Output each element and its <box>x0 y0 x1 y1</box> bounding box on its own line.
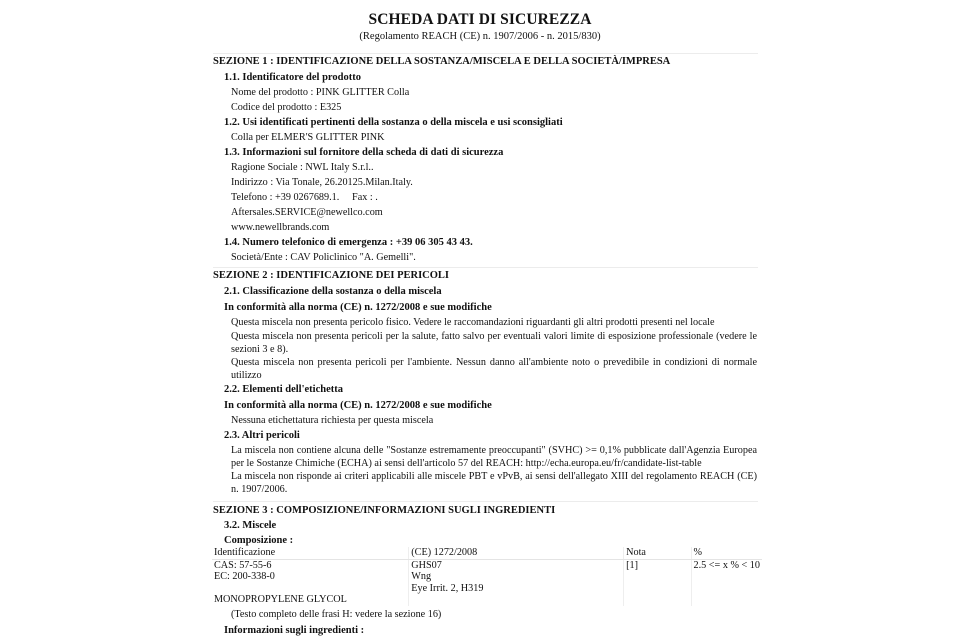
label-elements-text: Nessuna etichettatura richiesta per ques… <box>231 415 433 426</box>
subsection-3-2-title: 3.2. Miscele <box>224 520 276 531</box>
norm-heading: In conformità alla norma (CE) n. 1272/20… <box>224 400 492 411</box>
column-header: (CE) 1272/2008 <box>409 547 624 559</box>
hazard-health-text: Questa miscela non presenta pericoli per… <box>231 331 757 356</box>
company-email: Aftersales.SERVICE@newellco.com <box>231 207 383 218</box>
composition-table: Identificazione (CE) 1272/2008 Nota % CA… <box>212 547 762 606</box>
ghs-code: GHS07 <box>411 560 621 572</box>
product-name: Nome del prodotto : PINK GLITTER Colla <box>231 87 409 98</box>
cas-number: CAS: 57-55-6 <box>214 560 406 572</box>
document-title: SCHEDA DATI DI SICUREZZA <box>0 11 960 29</box>
hazard-environment-text: Questa miscela non presenta pericoli per… <box>231 357 757 382</box>
pbt-text: La miscela non risponde ai criteri appli… <box>231 471 757 496</box>
svhc-text: La miscela non contiene alcuna delle "So… <box>231 445 757 470</box>
company-address: Indirizzo : Via Tonale, 26.20125.Milan.I… <box>231 177 413 188</box>
company-name: Ragione Sociale : NWL Italy S.r.l.. <box>231 162 374 173</box>
section-2-heading: SEZIONE 2 : IDENTIFICAZIONE DEI PERICOLI <box>213 270 449 281</box>
emergency-entity: Società/Ente : CAV Policlinico "A. Gemel… <box>231 252 416 263</box>
section-divider <box>213 501 758 502</box>
identified-use: Colla per ELMER'S GLITTER PINK <box>231 132 385 143</box>
ingredients-info-label: Informazioni sugli ingredienti : <box>224 625 364 636</box>
column-header: Nota <box>624 547 691 559</box>
subsection-1-2-title: 1.2. Usi identificati pertinenti della s… <box>224 117 563 128</box>
composition-label: Composizione : <box>224 535 293 546</box>
identification-cell: CAS: 57-55-6 EC: 200-338-0 MONOPROPYLENE… <box>212 559 409 606</box>
table-row: CAS: 57-55-6 EC: 200-338-0 MONOPROPYLENE… <box>212 559 762 606</box>
classification-cell: GHS07 Wng Eye Irrit. 2, H319 <box>409 559 624 606</box>
sds-page: SCHEDA DATI DI SICUREZZA (Regolamento RE… <box>0 0 960 640</box>
norm-heading: In conformità alla norma (CE) n. 1272/20… <box>224 302 492 313</box>
section-divider <box>213 267 758 268</box>
hazard-physical-text: Questa miscela non presenta pericolo fis… <box>231 317 757 330</box>
subsection-1-3-title: 1.3. Informazioni sul fornitore della sc… <box>224 147 503 158</box>
note-cell: [1] <box>624 559 691 606</box>
section-divider <box>213 53 758 54</box>
subsection-1-1-title: 1.1. Identificatore del prodotto <box>224 72 361 83</box>
h-phrases-note: (Testo completo delle frasi H: vedere la… <box>231 609 441 620</box>
signal-word: Wng <box>411 571 621 583</box>
company-phone: Telefono : +39 0267689.1. Fax : . <box>231 192 378 203</box>
subsection-2-3-title: 2.3. Altri pericoli <box>224 430 300 441</box>
percent-cell: 2.5 <= x % < 10 <box>691 559 762 606</box>
document-subtitle: (Regolamento REACH (CE) n. 1907/2006 - n… <box>0 31 960 42</box>
column-header: % <box>691 547 762 559</box>
ec-number: EC: 200-338-0 <box>214 571 406 583</box>
subsection-1-4-title: 1.4. Numero telefonico di emergenza : +3… <box>224 237 473 248</box>
product-code: Codice del prodotto : E325 <box>231 102 341 113</box>
hazard-statement: Eye Irrit. 2, H319 <box>411 583 621 595</box>
section-1-heading: SEZIONE 1 : IDENTIFICAZIONE DELLA SOSTAN… <box>213 56 670 67</box>
spacer <box>214 583 406 595</box>
table-header-row: Identificazione (CE) 1272/2008 Nota % <box>212 547 762 559</box>
subsection-2-1-title: 2.1. Classificazione della sostanza o de… <box>224 286 442 297</box>
subsection-2-2-title: 2.2. Elementi dell'etichetta <box>224 384 343 395</box>
section-3-heading: SEZIONE 3 : COMPOSIZIONE/INFORMAZIONI SU… <box>213 505 555 516</box>
company-website: www.newellbrands.com <box>231 222 329 233</box>
substance-name: MONOPROPYLENE GLYCOL <box>214 594 406 606</box>
column-header: Identificazione <box>212 547 409 559</box>
